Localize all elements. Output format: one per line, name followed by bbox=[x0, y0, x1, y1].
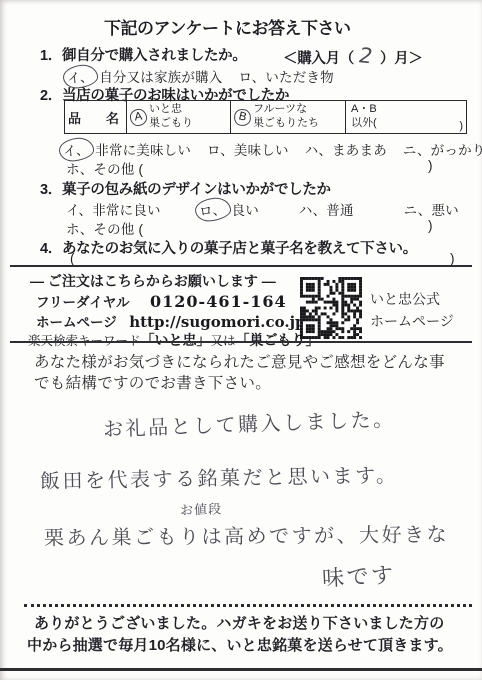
page-title: 下記のアンケートにお答え下さい bbox=[104, 14, 350, 39]
q3-option-2-key: ロ、 bbox=[198, 202, 226, 220]
q2-option-5-label: その他 ( bbox=[93, 162, 143, 177]
q3-option-5-label: その他 ( bbox=[93, 222, 143, 237]
q3-option-4-label: 悪い bbox=[431, 203, 458, 218]
product-name-header-cell: 品 名 bbox=[65, 101, 127, 133]
phone-label: フリーダイヤル bbox=[36, 295, 130, 310]
product-b-cell: B フルーツな 巣ごもりたち bbox=[231, 101, 346, 133]
product-b-key-circled: B bbox=[232, 107, 253, 128]
product-other-close-paren: ) bbox=[459, 120, 463, 132]
footer-dotted-rule bbox=[24, 604, 472, 607]
q1-option-a-label: 自分又は家族が購入 bbox=[99, 70, 222, 85]
handwritten-comment-line3: 栗あん巣ごもりは高めですが、大好きな bbox=[44, 518, 449, 551]
q2-option-2-key: ロ、 bbox=[207, 143, 234, 158]
q2-option-1-label: 非常に美味しい bbox=[95, 143, 191, 158]
order-section-bottom-rule bbox=[10, 341, 472, 343]
card-bottom-rule bbox=[0, 668, 482, 671]
q3-option-other-close: ) bbox=[428, 218, 433, 233]
product-name-header: 品 名 bbox=[68, 108, 125, 127]
handwritten-comment-line2: 飯田を代表する銘菓だと思います。 bbox=[40, 459, 399, 494]
footer-line2: 中から抽選で毎月10名様に、いと忠銘菓を送らせて頂きます。 bbox=[27, 634, 453, 655]
q1-month-value-handwritten: 2 bbox=[351, 43, 383, 69]
product-other-label: A・B 以外( bbox=[351, 103, 377, 131]
q1-option-b-key: ロ、 bbox=[238, 70, 265, 85]
product-a-name: いと忠 巣ごもり bbox=[149, 103, 193, 131]
q3-option-5-key: ホ、 bbox=[66, 222, 93, 237]
q3-option-1-label: 非常に良い bbox=[92, 203, 161, 218]
product-other-cell: A・B 以外( ) bbox=[346, 101, 466, 133]
homepage-label: ホームページ bbox=[36, 315, 117, 330]
handwritten-insertion-note: お値段 bbox=[180, 498, 223, 518]
q2-option-5-key: ホ、 bbox=[66, 162, 93, 177]
q1-label: 1．御自分で購入されましたか。 bbox=[40, 44, 247, 65]
q4-answer-close-paren: ) bbox=[450, 251, 455, 266]
order-section-top-rule bbox=[10, 265, 472, 267]
q2-option-1-key: イ、 bbox=[62, 142, 90, 160]
q2-option-3-label: まあまあ bbox=[332, 143, 387, 158]
product-table: 品 名 A いと忠 巣ごもり B フルーツな 巣ごもりたち A・B 以外( ) bbox=[64, 100, 467, 134]
qr-caption-line2: ホームページ bbox=[370, 311, 454, 331]
q3-option-4-key: ニ、 bbox=[404, 203, 432, 218]
feedback-prompt-line2: でも結構ですのでお書き下さい。 bbox=[34, 371, 271, 393]
q4-label: 4．あなたのお気に入りの菓子店と菓子名を教えて下さい。 bbox=[40, 237, 417, 258]
q2-option-4-label: がっかり bbox=[431, 143, 482, 158]
q3-option-3-key: ハ、 bbox=[299, 203, 326, 218]
q3-option-2-label: 良い bbox=[232, 203, 259, 218]
order-rakuten-row: 楽天検索キーワード「いと忠」又は「巣ごもり」 bbox=[28, 330, 320, 350]
qr-code bbox=[300, 277, 362, 339]
q2-option-other: ホ、その他 ( bbox=[66, 158, 143, 178]
q3-option-3-label: 普通 bbox=[326, 203, 353, 218]
survey-postcard: 下記のアンケートにお答え下さい 1．御自分で購入されましたか。 ＜購入月（2）月… bbox=[0, 0, 482, 680]
q3-option-2-circle: ロ、 bbox=[194, 196, 232, 223]
q1-month-suffix: ）月＞ bbox=[380, 51, 423, 67]
rakuten-keyword-1: 「いと忠」 bbox=[141, 332, 211, 348]
feedback-prompt-line1: あなた様がお気づきになられたご意見やご感想をどんな事 bbox=[34, 350, 445, 372]
product-a-key-circled: A bbox=[129, 107, 148, 126]
qr-caption-line1: いと忠公式 bbox=[370, 289, 440, 309]
product-a-cell: A いと忠 巣ごもり bbox=[127, 101, 231, 133]
q4-answer-open-paren: ( bbox=[70, 251, 75, 266]
q2-option-3-key: ハ、 bbox=[305, 143, 332, 158]
order-homepage-row: ホームページ http://sugomori.co.jp/ bbox=[36, 311, 311, 332]
handwritten-comment-line4: 味です bbox=[321, 558, 396, 593]
q3-option-1-key: イ、 bbox=[66, 203, 92, 218]
homepage-url: http://sugomori.co.jp/ bbox=[129, 313, 311, 331]
order-header: ― ご注文はこちらからお願いします ― bbox=[30, 271, 276, 291]
footer-line1: ありがとうございました。ハガキをお送り下さいました方の bbox=[34, 612, 444, 633]
product-b-name: フルーツな 巣ごもりたち bbox=[253, 103, 319, 131]
q2-option-other-close: ) bbox=[428, 158, 433, 173]
q2-option-4-key: ニ、 bbox=[403, 143, 431, 158]
q3-option-other: ホ、その他 ( bbox=[66, 218, 143, 238]
q2-option-2-label: 美味しい bbox=[234, 143, 289, 158]
q3-label: 3．菓子の包み紙のデザインはいかがでしたか bbox=[40, 178, 331, 199]
q1-option-b-label: いただき物 bbox=[265, 70, 334, 85]
handwritten-comment-line1: お礼品として購入しました。 bbox=[103, 403, 396, 442]
phone-number: 0120-461-164 bbox=[150, 292, 287, 311]
order-phone-row: フリーダイヤル 0120-461-164 bbox=[36, 291, 287, 312]
